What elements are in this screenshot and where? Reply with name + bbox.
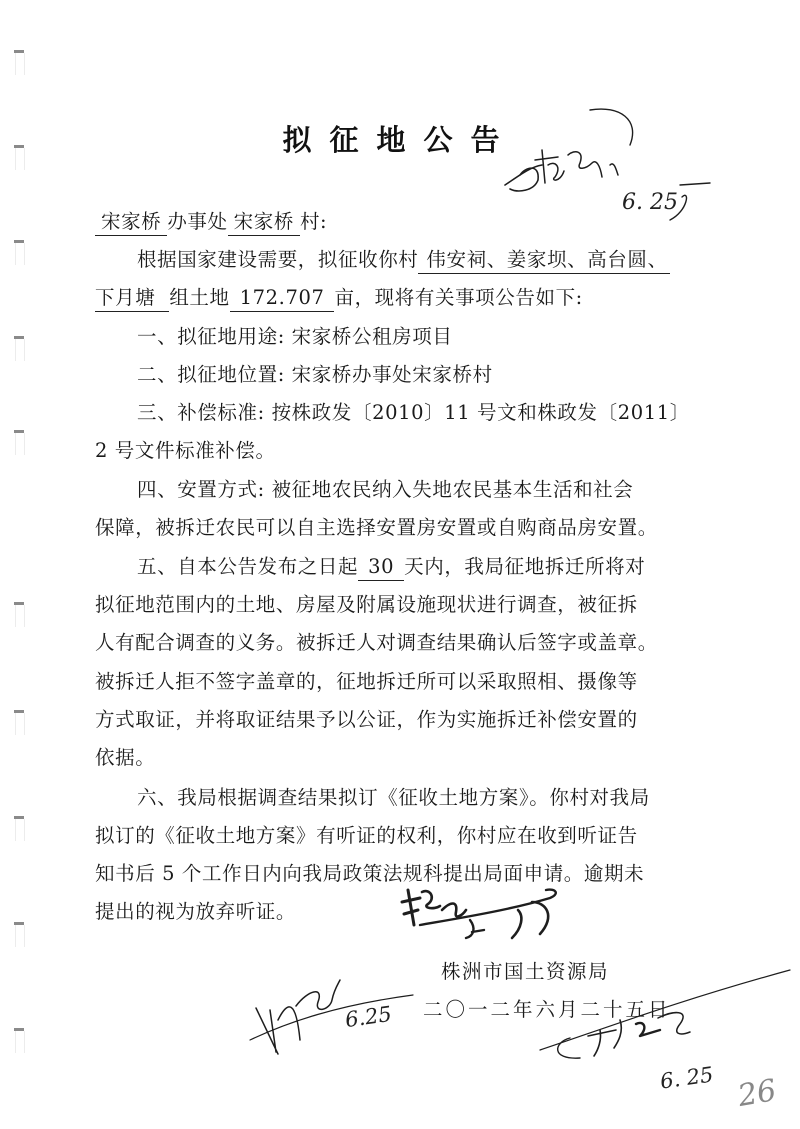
item-1: 一、拟征地用途: 宋家桥公租房项目	[95, 322, 737, 352]
document-page: 拟征地公告 6. 25 宋家桥办事处宋家桥村: 根据国家建设需要，拟征收你村伟安…	[0, 0, 800, 1129]
item-5-line-5: 方式取证，并将取证结果予以公证，作为实施拆迁补偿安置的	[95, 705, 695, 735]
item-5-line-6: 依据。	[95, 743, 695, 773]
land-area: 172.707	[230, 285, 335, 312]
signature-bottom-left	[248, 960, 428, 1060]
item-5-line-1: 五、自本公告发布之日起30天内，我局征地拆迁所将对	[95, 552, 737, 582]
item-6-line-1: 六、我局根据调查结果拟订《征收土地方案》。你村对我局	[95, 783, 737, 813]
binding-mark	[14, 710, 24, 736]
addressee-line: 宋家桥办事处宋家桥村:	[95, 207, 695, 237]
office-suffix: 办事处	[167, 210, 227, 233]
item-5-line-3: 人有配合调查的义务。被拆迁人对调查结果确认后签字或盖章。	[95, 628, 695, 658]
item-3-line-1: 三、补偿标准: 按株政发〔2010〕11 号文和株政发〔2011〕	[95, 398, 737, 428]
item-5-line-4: 被拆迁人拒不签字盖章的，征地拆迁所可以采取照相、摄像等	[95, 667, 695, 697]
signature-bottom-right	[540, 970, 790, 1070]
intro-line-2: 下月塘组土地172.707亩，现将有关事项公告如下:	[95, 283, 695, 313]
village-groups-cont: 下月塘	[95, 285, 169, 312]
village-name: 宋家桥	[228, 209, 300, 236]
item-6-line-4: 提出的视为放弃听证。	[95, 897, 695, 927]
binding-mark	[14, 816, 24, 842]
binding-mark	[14, 922, 24, 948]
item-4-line-2: 保障，被拆迁农民可以自主选择安置房安置或自购商品房安置。	[95, 513, 695, 543]
item-3-line-2: 2 号文件标准补偿。	[95, 436, 695, 466]
page-number: 26	[735, 1073, 779, 1114]
village-groups: 伟安祠、姜家坝、高台圆、	[418, 247, 669, 274]
item-5-line-2: 拟征地范围内的土地、房屋及附属设施现状进行调查，被征拆	[95, 590, 695, 620]
item-2: 二、拟征地位置: 宋家桥办事处宋家桥村	[95, 360, 737, 390]
binding-mark	[14, 602, 24, 628]
item-5-prefix: 五、自本公告发布之日起	[137, 555, 358, 578]
village-suffix: 村:	[300, 210, 327, 233]
item-6-line-2: 拟订的《征收土地方案》有听证的权利，你村应在收到听证告	[95, 821, 695, 851]
item-4-line-1: 四、安置方式: 被征地农民纳入失地农民基本生活和社会	[95, 475, 737, 505]
survey-days: 30	[358, 554, 404, 581]
binding-mark	[14, 430, 24, 456]
intro-mid: 组土地	[169, 286, 229, 309]
item-6-line-3: 知书后 5 个工作日内向我局政策法规科提出局面申请。逾期未	[95, 859, 695, 889]
signature-center	[400, 880, 590, 950]
binding-mark	[14, 240, 24, 266]
binding-mark	[14, 145, 24, 171]
binding-mark	[14, 1028, 24, 1054]
intro-suffix: 亩，现将有关事项公告如下:	[334, 286, 582, 309]
intro-line-1: 根据国家建设需要，拟征收你村伟安祠、姜家坝、高台圆、	[95, 245, 737, 275]
intro-prefix: 根据国家建设需要，拟征收你村	[137, 248, 418, 271]
item-5-suffix: 天内，我局征地拆迁所将对	[404, 555, 645, 578]
office-name: 宋家桥	[95, 209, 167, 236]
binding-mark	[14, 50, 24, 76]
binding-mark	[14, 336, 24, 362]
